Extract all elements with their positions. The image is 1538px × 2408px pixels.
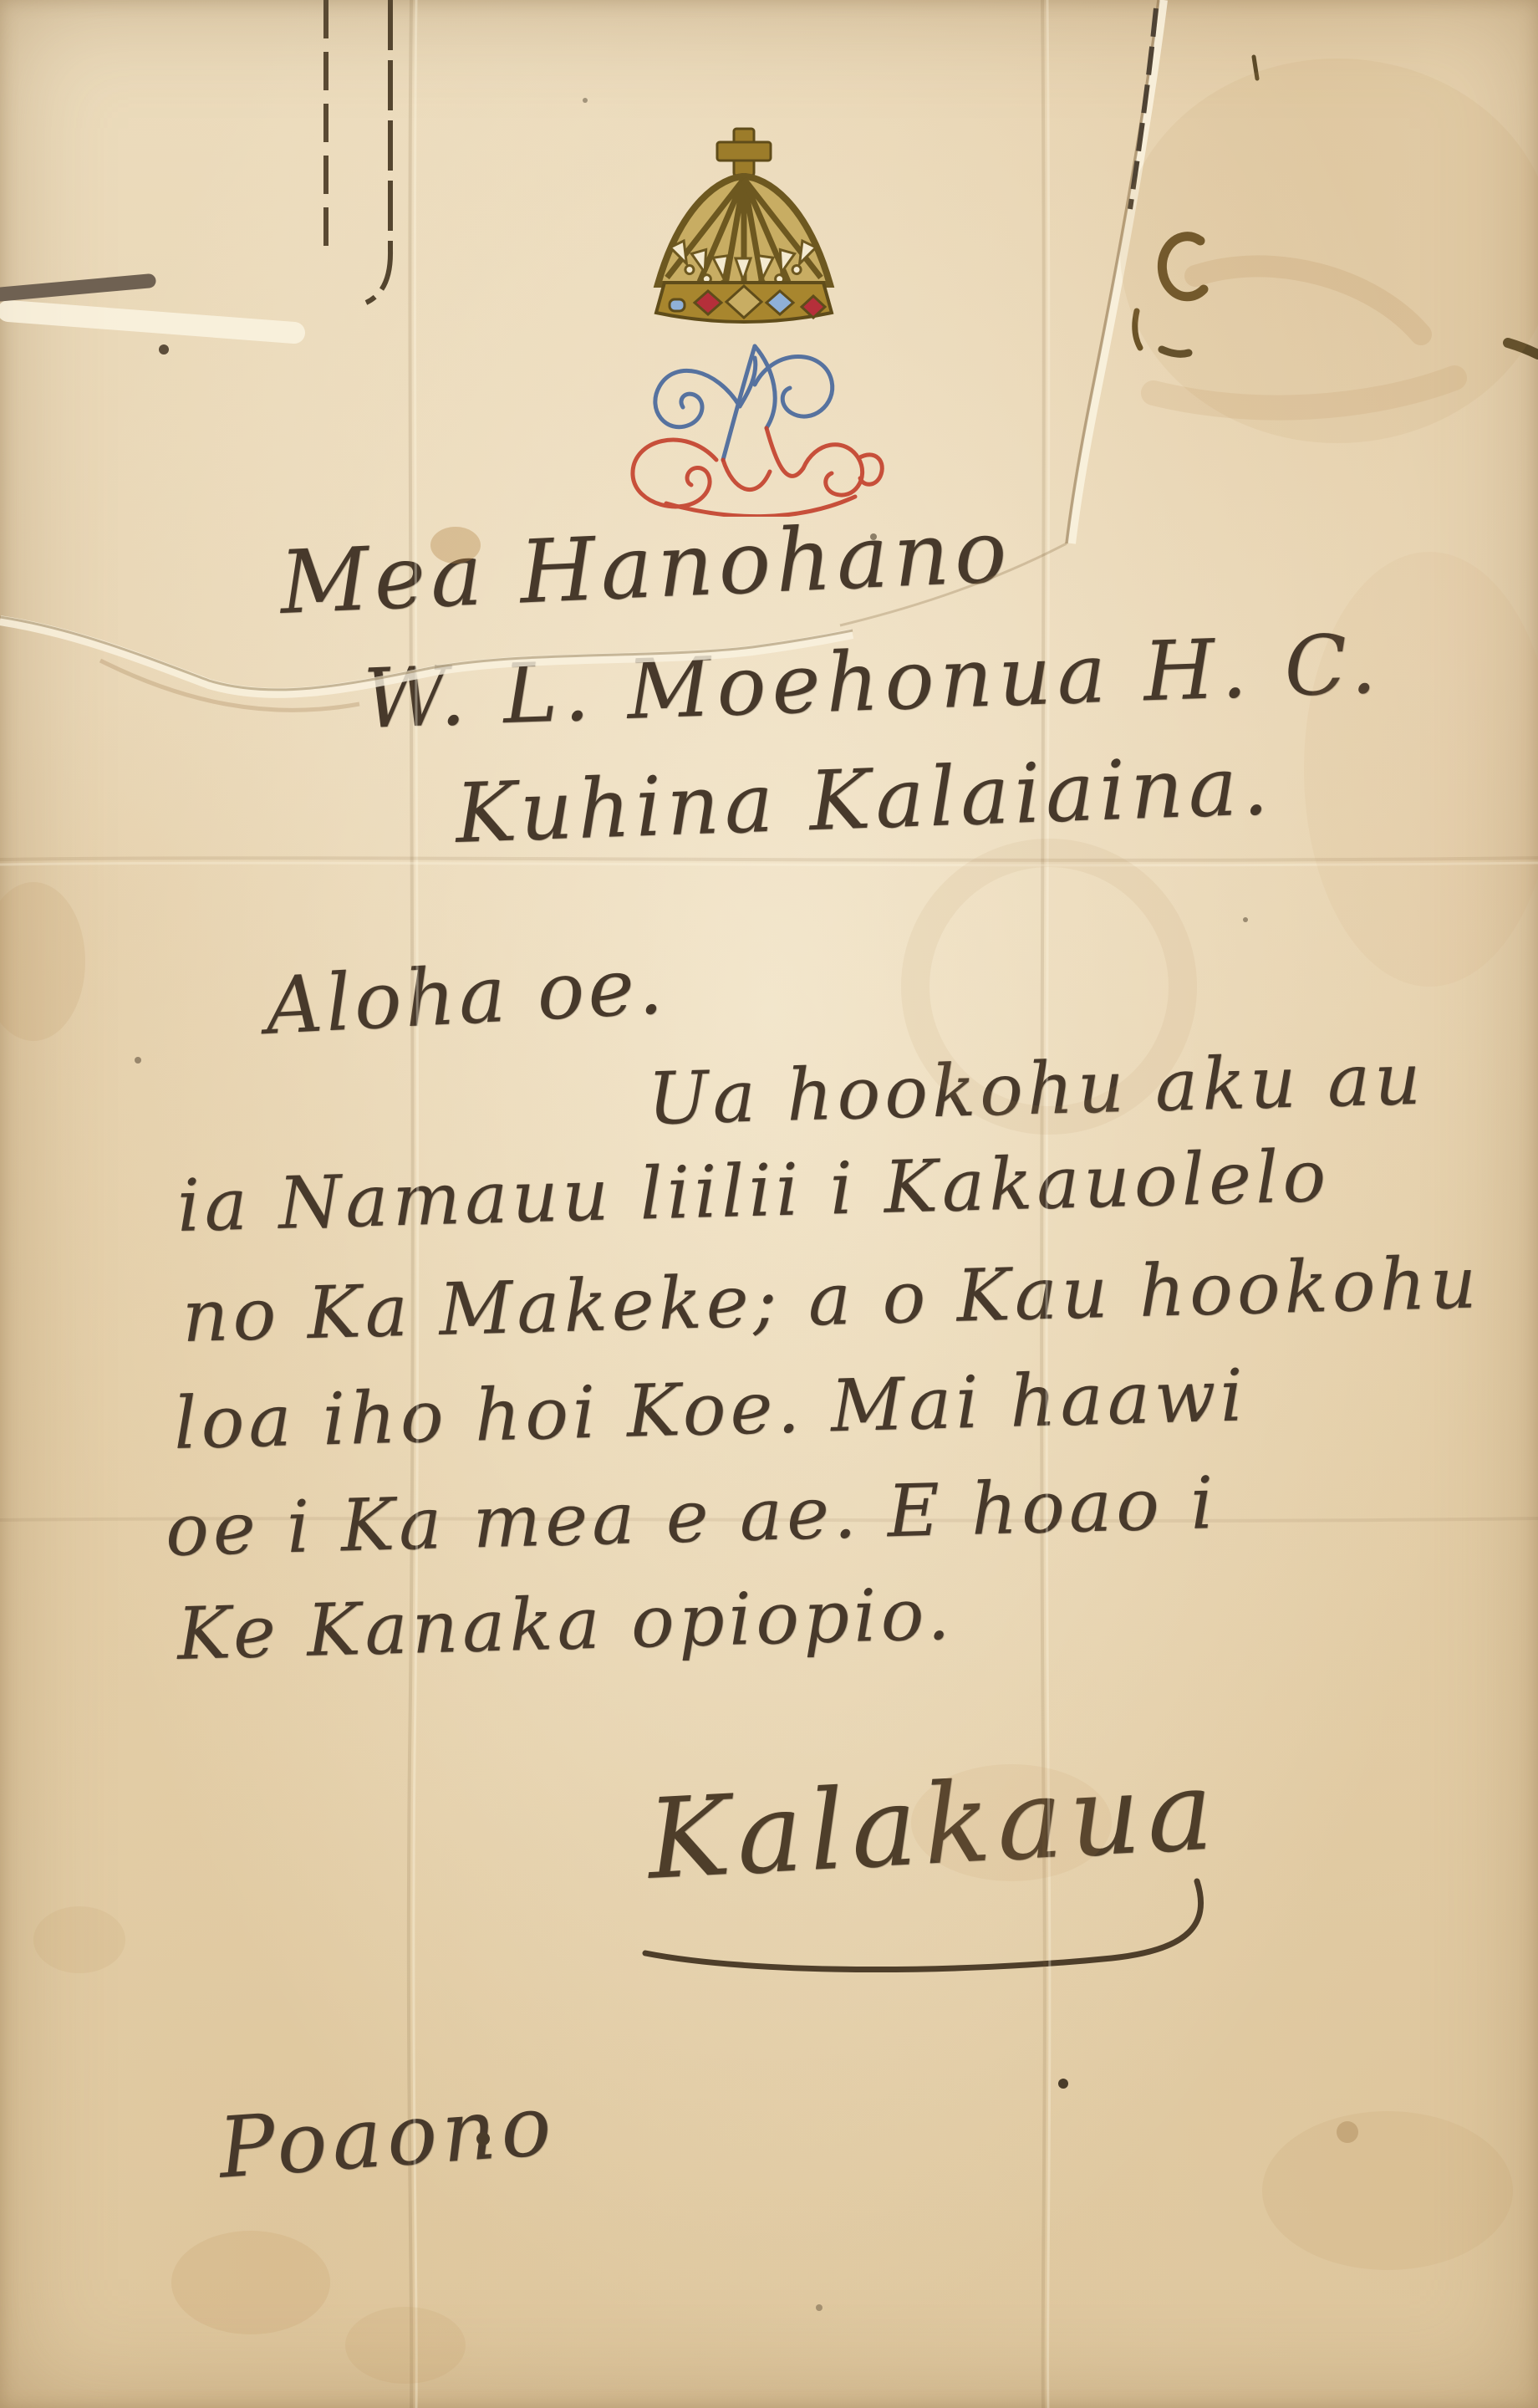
monogram-icon (614, 324, 890, 517)
body-line: ia Namauu liilii i Kakauolelo (176, 1140, 1331, 1242)
address-line-honorific: Mea Hanohano (278, 508, 1014, 626)
dateline-footer: Poaono (216, 2084, 559, 2191)
signature: Kalakaua (645, 1755, 1223, 1895)
crown-icon (639, 124, 848, 333)
body-line: Ke Kanaka opiopio. (176, 1579, 955, 1671)
body-line: no Ka Makeke; a o Kau hookohu (181, 1247, 1481, 1353)
salutation: Aloha oe. (264, 947, 668, 1047)
address-line-title: Kuhina Kalaiaina. (454, 745, 1274, 855)
address-line-recipient: W. L. Moehonua H. C. (362, 623, 1383, 740)
body-line: oe i Ka mea e ae. E hoao i (165, 1467, 1219, 1567)
body-line: loa iho hoi Koe. Mai haawi (173, 1360, 1248, 1460)
body-line: Ua hookohu aku au (647, 1043, 1426, 1135)
letter-page: Mea Hanohano W. L. Moehonua H. C. Kuhina… (0, 0, 1538, 2408)
ink-offset-marks (0, 0, 390, 355)
rust-marks (1135, 57, 1538, 355)
